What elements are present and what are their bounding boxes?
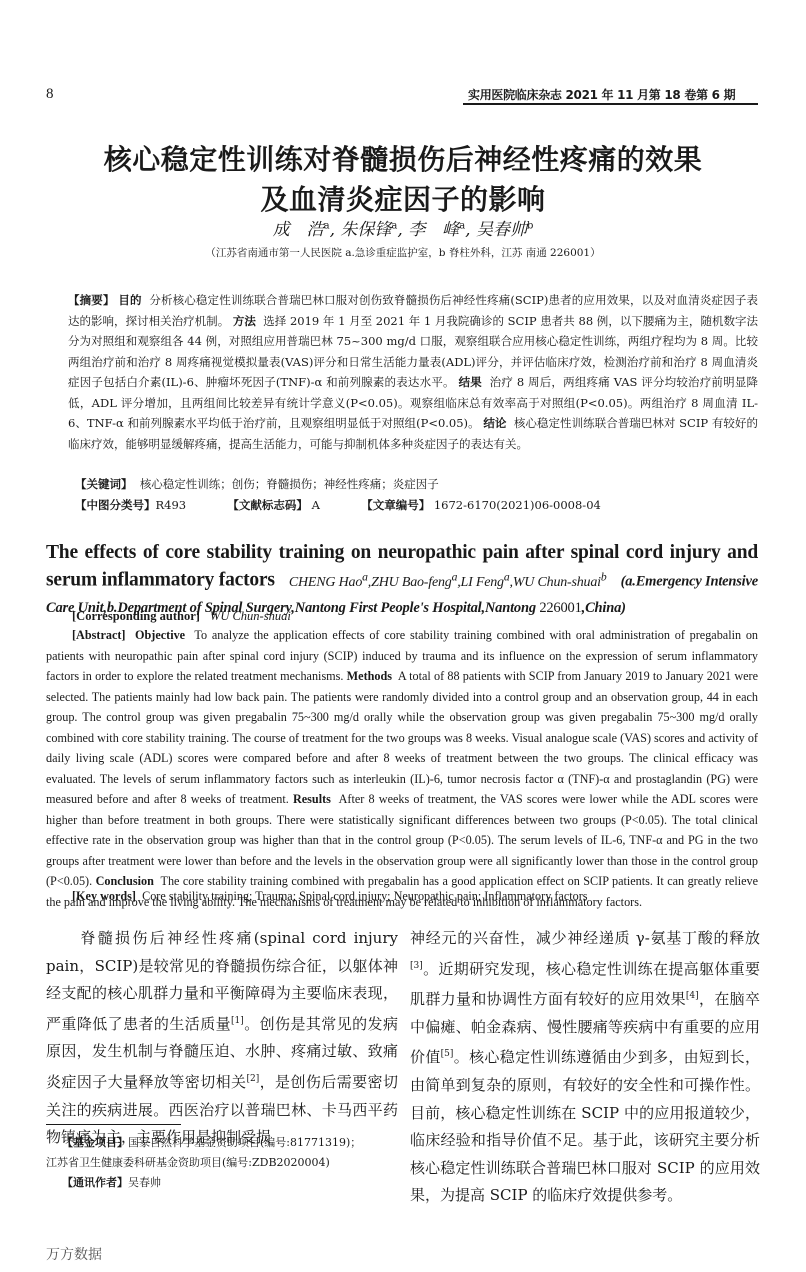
section-label: Conclusion [96,874,154,888]
section-label: Results [293,792,331,806]
source-watermark: 万方数据 [46,1244,102,1264]
citation-link[interactable]: [3] [410,961,423,971]
english-abstract: [Abstract] Objective To analyze the appl… [46,625,758,912]
corresponding-author: [Corresponding author]WU Chun-shuai [72,609,291,624]
author-name: 朱保锋 [340,220,391,240]
author-name: 吴春帅 [476,220,527,240]
english-title: The effects of core stability training o… [46,541,758,620]
footnote-divider [46,1124,181,1125]
citation-link[interactable]: [2] [246,1074,259,1084]
citation-link[interactable]: [5] [441,1049,454,1059]
paper-title-line-2: 及血清炎症因子的影响 [0,178,806,218]
body-column-left: 脊髓损伤后神经性疼痛(spinal cord injury pain，SCIP)… [46,925,398,1152]
chinese-keywords: 【关键词】 核心稳定性训练；创伤；脊髓损伤；神经性疼痛；炎症因子 [75,476,439,492]
citation-link[interactable]: [4] [686,991,699,1001]
section-label: 目的 [118,293,141,307]
section-label: 方法 [233,314,256,328]
author-name: 李 峰 [408,220,459,240]
section-label: Methods [347,669,392,683]
chinese-abstract: 【摘要】 目的 分析核心稳定性训练联合普瑞巴林口服对创伤致脊髓损伤后神经性疼痛(… [68,290,758,454]
page-header: 8 实用医院临床杂志 2021 年 11 月第 18 卷第 6 期 [0,0,806,110]
header-rule [463,103,758,105]
section-label: 结论 [483,416,506,430]
affiliation: （江苏省南通市第一人民医院 a.急诊重症监护室，b 脊柱外科，江苏 南通 226… [0,245,806,260]
footnotes: 【基金项目】国家自然科学基金资助项目(编号:81771319)； 江苏省卫生健康… [46,1133,398,1193]
english-authors: CHENG Haoa,ZHU Bao-fenga,LI Fenga,WU Chu… [289,575,607,590]
section-label: 结果 [459,375,482,389]
journal-citation: 实用医院临床杂志 2021 年 11 月第 18 卷第 6 期 [468,86,735,103]
citation-link[interactable]: [1] [231,1016,244,1026]
classification-line: 【中图分类号】R493 【文献标志码】 A 【文章编号】 1672-6170(2… [75,497,601,513]
author-name: 成 浩 [273,220,324,240]
author-list: 成 浩a, 朱保锋a, 李 峰a, 吴春帅b [0,215,806,240]
body-column-right: 神经元的兴奋性，减少神经递质 γ-氨基丁酸的释放[3]。近期研究发现，核心稳定性… [410,925,760,1210]
page-number: 8 [46,86,54,103]
section-label: Objective [135,628,185,642]
paper-title-line-1: 核心稳定性训练对脊髓损伤后神经性疼痛的效果 [0,138,806,178]
english-keywords: [Key words] Core stability training; Tra… [72,889,588,904]
